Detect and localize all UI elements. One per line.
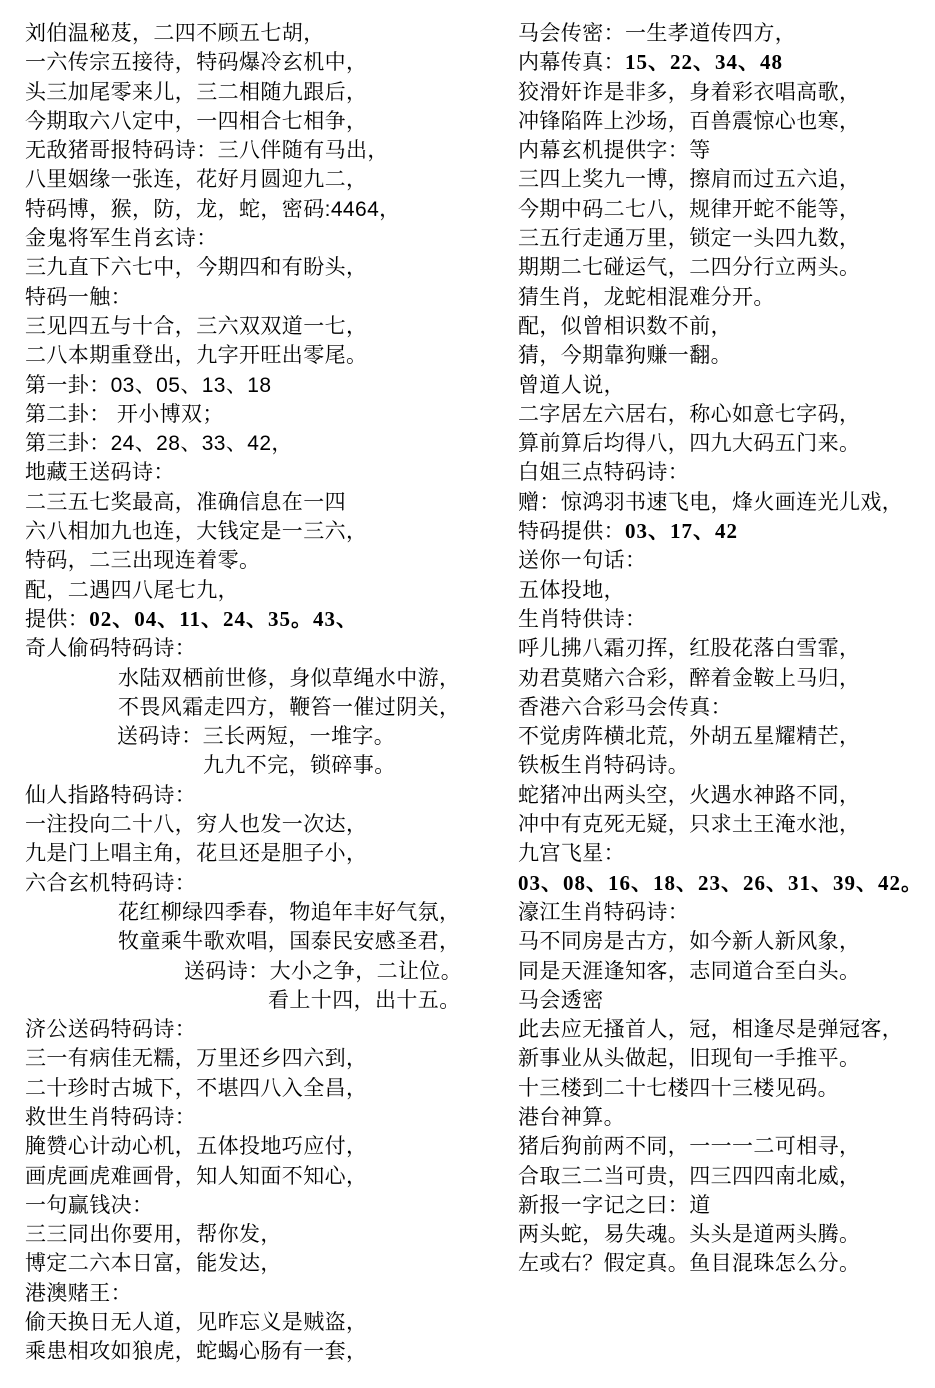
text-line: 算前算后均得八，四九大码五门来。 xyxy=(518,429,930,458)
text-line: 配，似曾相识数不前， xyxy=(518,312,930,341)
text-line: 一六传宗五接待，特码爆冷玄机中， xyxy=(25,48,510,77)
text-segment: 水陆双栖前世修，身似草绳水中游， xyxy=(118,667,460,690)
text-line: 偷天换日无人道，见昨忘义是贼盗， xyxy=(25,1308,510,1337)
text-line: 特码，二三出现连着零。 xyxy=(25,546,510,575)
text-segment: 第三卦：24、28、33、42， xyxy=(25,432,293,455)
text-segment: 送码诗：三长两短，一堆字。 xyxy=(117,725,395,748)
text-line: 三九直下六七中，今期四和有盼头， xyxy=(25,253,510,282)
text-segment: 算前算后均得八，四九大码五门来。 xyxy=(518,432,860,455)
text-segment: 香港六合彩马会传真： xyxy=(518,696,732,719)
text-line: 铁板生肖特码诗。 xyxy=(518,751,930,780)
text-line: 奇人偷码特码诗： xyxy=(25,634,510,663)
text-segment: 三四上奖九一博，擦肩而过五六追， xyxy=(518,168,860,191)
text-line: 三见四五与十合，三六双双道一七， xyxy=(25,312,510,341)
text-segment: 第一卦：03、05、13、18 xyxy=(25,374,271,397)
text-segment: 第二卦： 开小博双； xyxy=(25,403,224,426)
text-line: 第一卦：03、05、13、18 xyxy=(25,371,510,400)
text-segment: 同是天涯逢知客，志同道合至白头。 xyxy=(518,960,860,983)
text-segment: 配，似曾相识数不前， xyxy=(518,315,732,338)
text-line: 马不同房是古方，如今新人新风象， xyxy=(518,927,930,956)
text-segment: 蛇猪冲出两头空，火遇水神路不同， xyxy=(518,784,860,807)
text-line: 腌赞心计动心机，五体投地巧应付， xyxy=(25,1132,510,1161)
text-line: 配，二遇四八尾七九， xyxy=(25,576,510,605)
text-line: 呼儿拂八霜刃挥，红股花落白雪霏， xyxy=(518,634,930,663)
right-text-column: 马会传密：一生孝道传四方，内幕传真：15、22、34、48狡滑奸诈是非多，身着彩… xyxy=(518,19,930,1279)
text-line: 一句赢钱决： xyxy=(25,1191,510,1220)
text-segment: 金鬼将军生肖玄诗： xyxy=(25,227,218,250)
text-line: 一注投向二十八，穷人也发一次达， xyxy=(25,810,510,839)
text-segment: 合取三二当可贵，四三四四南北威， xyxy=(518,1165,860,1188)
text-line: 送码诗：三长两短，一堆字。 xyxy=(25,722,510,751)
text-segment: 送码诗：大小之争，二让位。 xyxy=(184,960,462,983)
text-segment: 两头蛇，易失魂。头头是道两头腾。 xyxy=(518,1223,860,1246)
text-line: 不畏风霜走四方，鞭笞一催过阴关， xyxy=(25,693,510,722)
text-line: 两头蛇，易失魂。头头是道两头腾。 xyxy=(518,1220,930,1249)
text-line: 特码一触： xyxy=(25,283,510,312)
text-segment: 乘患相攻如狼虎，蛇蝎心肠有一套， xyxy=(25,1340,367,1363)
text-segment: 博定二六本日富，能发达， xyxy=(25,1252,282,1275)
text-segment: 港台神算。 xyxy=(518,1106,625,1129)
text-line: 二十珍时古城下，不堪四八入全昌， xyxy=(25,1074,510,1103)
text-line: 六八相加九也连，大钱定是一三六， xyxy=(25,517,510,546)
text-segment: 猜生肖，龙蛇相混难分开。 xyxy=(518,286,775,309)
text-segment: 奇人偷码特码诗： xyxy=(25,637,196,660)
text-segment: 港澳赌王： xyxy=(25,1282,132,1305)
text-line: 十三楼到二十七楼四十三楼见码。 xyxy=(518,1074,930,1103)
text-line: 提供：02、04、11、24、35。43、 xyxy=(25,605,510,634)
text-line: 救世生肖特码诗： xyxy=(25,1103,510,1132)
text-line: 无敌猪哥报特码诗：三八伴随有马出， xyxy=(25,136,510,165)
text-segment: 一句赢钱决： xyxy=(25,1194,153,1217)
text-segment: 救世生肖特码诗： xyxy=(25,1106,196,1129)
text-line: 三三同出你要用，帮你发， xyxy=(25,1220,510,1249)
text-line: 白姐三点特码诗： xyxy=(518,458,930,487)
text-line: 水陆双栖前世修，身似草绳水中游， xyxy=(25,664,510,693)
text-segment: 花红柳绿四季春，物追年丰好气氛， xyxy=(118,901,460,924)
text-line: 马会透密 xyxy=(518,986,930,1015)
text-segment: 一注投向二十八，穷人也发一次达， xyxy=(25,813,367,836)
text-line: 九九不完，锁碎事。 xyxy=(25,751,510,780)
text-line: 第二卦： 开小博双； xyxy=(25,400,510,429)
text-segment: 十三楼到二十七楼四十三楼见码。 xyxy=(518,1077,839,1100)
text-line: 五体投地， xyxy=(518,576,930,605)
text-line: 八里姻缘一张连，花好月圆迎九二， xyxy=(25,165,510,194)
text-segment: 九宫飞星： xyxy=(518,842,625,865)
text-segment: 腌赞心计动心机，五体投地巧应付， xyxy=(25,1135,367,1158)
text-segment: 冲锋陷阵上沙场，百兽震惊心也寒， xyxy=(518,110,860,133)
number-sequence: 03、08、16、18、23、26、31、39、42。 xyxy=(518,871,923,895)
text-segment: 三三同出你要用，帮你发， xyxy=(25,1223,282,1246)
text-line: 劝君莫赌六合彩，醉着金鞍上马归， xyxy=(518,664,930,693)
text-segment: 此去应无搔首人，冠，相逢尽是弹冠客， xyxy=(518,1018,903,1041)
text-segment: 特码博，猴，防，龙，蛇，密码:4464， xyxy=(25,198,401,221)
text-line: 三一有病佳无糯，万里还乡四六到， xyxy=(25,1044,510,1073)
text-segment: 看上十四，出十五。 xyxy=(268,989,461,1012)
text-segment: 曾道人说， xyxy=(518,374,625,397)
text-line: 赠：惊鸿羽书速飞电，烽火画连光儿戏， xyxy=(518,488,930,517)
text-line: 牧童乘牛歌欢唱，国泰民安感圣君， xyxy=(25,927,510,956)
text-line: 濠江生肖特码诗： xyxy=(518,898,930,927)
text-line: 蛇猪冲出两头空，火遇水神路不同， xyxy=(518,781,930,810)
text-line: 香港六合彩马会传真： xyxy=(518,693,930,722)
text-line: 乘患相攻如狼虎，蛇蝎心肠有一套， xyxy=(25,1337,510,1366)
text-line: 第三卦：24、28、33、42， xyxy=(25,429,510,458)
text-segment: 二字居左六居右，称心如意七字码， xyxy=(518,403,860,426)
text-line: 头三加尾零来儿，三二相随九跟后， xyxy=(25,78,510,107)
text-segment: 赠：惊鸿羽书速飞电，烽火画连光儿戏， xyxy=(518,491,903,514)
text-line: 看上十四，出十五。 xyxy=(25,986,510,1015)
text-line: 此去应无搔首人，冠，相逢尽是弹冠客， xyxy=(518,1015,930,1044)
text-line: 合取三二当可贵，四三四四南北威， xyxy=(518,1162,930,1191)
text-segment: 送你一句话： xyxy=(518,549,646,572)
text-segment: 牧童乘牛歌欢唱，国泰民安感圣君， xyxy=(118,930,460,953)
text-line: 刘伯温秘芨，二四不顾五七胡， xyxy=(25,19,510,48)
text-line: 冲锋陷阵上沙场，百兽震惊心也寒， xyxy=(518,107,930,136)
text-segment: 新报一字记之曰：道 xyxy=(518,1194,711,1217)
text-segment: 马不同房是古方，如今新人新风象， xyxy=(518,930,860,953)
text-segment: 地藏王送码诗： xyxy=(25,461,175,484)
text-line: 03、08、16、18、23、26、31、39、42。 xyxy=(518,869,930,898)
text-segment: 二八本期重登出，九字开旺出零尾。 xyxy=(25,344,367,367)
text-line: 二三五七奖最高，准确信息在一四 xyxy=(25,488,510,517)
text-line: 猜生肖，龙蛇相混难分开。 xyxy=(518,283,930,312)
text-segment: 白姐三点特码诗： xyxy=(518,461,689,484)
text-segment: 冲中有克死无疑，只求土王淹水池， xyxy=(518,813,860,836)
text-segment: 内幕玄机提供字：等 xyxy=(518,139,711,162)
text-line: 地藏王送码诗： xyxy=(25,458,510,487)
text-line: 猜，今期靠狗赚一翻。 xyxy=(518,341,930,370)
text-line: 左或右？假定真。鱼目混珠怎么分。 xyxy=(518,1249,930,1278)
text-segment: 二十珍时古城下，不堪四八入全昌， xyxy=(25,1077,367,1100)
text-segment: 头三加尾零来儿，三二相随九跟后， xyxy=(25,81,367,104)
text-segment: 二三五七奖最高，准确信息在一四 xyxy=(25,491,346,514)
text-line: 新报一字记之曰：道 xyxy=(518,1191,930,1220)
text-segment: 新事业从头做起，旧现旬一手推平。 xyxy=(518,1047,860,1070)
text-segment: 配，二遇四八尾七九， xyxy=(25,579,239,602)
text-line: 狡滑奸诈是非多，身着彩衣唱高歌， xyxy=(518,78,930,107)
text-line: 二字居左六居右，称心如意七字码， xyxy=(518,400,930,429)
text-segment: 马会透密 xyxy=(518,989,604,1012)
text-line: 内幕玄机提供字：等 xyxy=(518,136,930,165)
text-line: 画虎画虎难画骨，知人知面不知心， xyxy=(25,1162,510,1191)
text-line: 九宫飞星： xyxy=(518,839,930,868)
text-segment: 猜，今期靠狗赚一翻。 xyxy=(518,344,732,367)
document-page: 刘伯温秘芨，二四不顾五七胡，一六传宗五接待，特码爆冷玄机中，头三加尾零来儿，三二… xyxy=(0,0,935,1388)
text-line: 今期中码二七八，规律开蛇不能等， xyxy=(518,195,930,224)
number-sequence: 15、22、34、48 xyxy=(625,50,783,74)
text-segment: 呼儿拂八霜刃挥，红股花落白雪霏， xyxy=(518,637,860,660)
text-line: 内幕传真：15、22、34、48 xyxy=(518,48,930,77)
text-line: 花红柳绿四季春，物追年丰好气氛， xyxy=(25,898,510,927)
text-line: 马会传密：一生孝道传四方， xyxy=(518,19,930,48)
text-line: 三五行走通万里，锁定一头四九数， xyxy=(518,224,930,253)
text-line: 送你一句话： xyxy=(518,546,930,575)
text-line: 九是门上唱主角，花旦还是胆子小， xyxy=(25,839,510,868)
text-line: 冲中有克死无疑，只求土王淹水池， xyxy=(518,810,930,839)
text-line: 三四上奖九一博，擦肩而过五六追， xyxy=(518,165,930,194)
text-segment: 三九直下六七中，今期四和有盼头， xyxy=(25,256,367,279)
text-segment: 一六传宗五接待，特码爆冷玄机中， xyxy=(25,51,367,74)
text-line: 金鬼将军生肖玄诗： xyxy=(25,224,510,253)
text-line: 仙人指路特码诗： xyxy=(25,781,510,810)
text-segment: 六合玄机特码诗： xyxy=(25,872,196,895)
text-segment: 济公送码特码诗： xyxy=(25,1018,196,1041)
text-segment: 三一有病佳无糯，万里还乡四六到， xyxy=(25,1047,367,1070)
text-segment: 提供： xyxy=(25,608,89,631)
text-segment: 特码提供： xyxy=(518,520,625,543)
text-segment: 五体投地， xyxy=(518,579,625,602)
text-segment: 八里姻缘一张连，花好月圆迎九二， xyxy=(25,168,367,191)
left-text-column: 刘伯温秘芨，二四不顾五七胡，一六传宗五接待，特码爆冷玄机中，头三加尾零来儿，三二… xyxy=(25,19,510,1367)
text-segment: 九九不完，锁碎事。 xyxy=(203,754,396,777)
text-segment: 铁板生肖特码诗。 xyxy=(518,754,689,777)
text-segment: 左或右？假定真。鱼目混珠怎么分。 xyxy=(518,1252,860,1275)
text-line: 港澳赌王： xyxy=(25,1279,510,1308)
number-sequence: 03、17、42 xyxy=(625,519,738,543)
text-segment: 特码，二三出现连着零。 xyxy=(25,549,260,572)
text-segment: 六八相加九也连，大钱定是一三六， xyxy=(25,520,367,543)
text-segment: 九是门上唱主角，花旦还是胆子小， xyxy=(25,842,367,865)
text-line: 济公送码特码诗： xyxy=(25,1015,510,1044)
text-segment: 不觉虏阵横北荒，外胡五星耀精芒， xyxy=(518,725,860,748)
number-sequence: 02、04、11、24、35。43、 xyxy=(89,607,358,631)
text-segment: 马会传密：一生孝道传四方， xyxy=(518,22,796,45)
text-segment: 今期取六八定中，一四相合七相争， xyxy=(25,110,367,133)
text-line: 送码诗：大小之争，二让位。 xyxy=(25,957,510,986)
text-line: 港台神算。 xyxy=(518,1103,930,1132)
text-segment: 生肖特供诗： xyxy=(518,608,646,631)
text-segment: 三见四五与十合，三六双双道一七， xyxy=(25,315,367,338)
text-line: 猪后狗前两不同，一一一二可相寻， xyxy=(518,1132,930,1161)
text-segment: 内幕传真： xyxy=(518,51,625,74)
text-line: 新事业从头做起，旧现旬一手推平。 xyxy=(518,1044,930,1073)
text-segment: 期期二七碰运气，二四分行立两头。 xyxy=(518,256,860,279)
text-line: 特码博，猴，防，龙，蛇，密码:4464， xyxy=(25,195,510,224)
text-segment: 无敌猪哥报特码诗：三八伴随有马出， xyxy=(25,139,389,162)
text-segment: 三五行走通万里，锁定一头四九数， xyxy=(518,227,860,250)
text-segment: 濠江生肖特码诗： xyxy=(518,901,689,924)
text-segment: 仙人指路特码诗： xyxy=(25,784,196,807)
text-line: 生肖特供诗： xyxy=(518,605,930,634)
text-line: 特码提供：03、17、42 xyxy=(518,517,930,546)
text-line: 博定二六本日富，能发达， xyxy=(25,1249,510,1278)
text-segment: 刘伯温秘芨，二四不顾五七胡， xyxy=(25,22,325,45)
text-line: 二八本期重登出，九字开旺出零尾。 xyxy=(25,341,510,370)
text-line: 六合玄机特码诗： xyxy=(25,869,510,898)
text-line: 期期二七碰运气，二四分行立两头。 xyxy=(518,253,930,282)
text-line: 同是天涯逢知客，志同道合至白头。 xyxy=(518,957,930,986)
text-segment: 劝君莫赌六合彩，醉着金鞍上马归， xyxy=(518,667,860,690)
text-segment: 狡滑奸诈是非多，身着彩衣唱高歌， xyxy=(518,81,860,104)
text-line: 不觉虏阵横北荒，外胡五星耀精芒， xyxy=(518,722,930,751)
text-line: 曾道人说， xyxy=(518,371,930,400)
text-segment: 不畏风霜走四方，鞭笞一催过阴关， xyxy=(118,696,460,719)
text-segment: 猪后狗前两不同，一一一二可相寻， xyxy=(518,1135,860,1158)
text-line: 今期取六八定中，一四相合七相争， xyxy=(25,107,510,136)
text-segment: 特码一触： xyxy=(25,286,132,309)
text-segment: 偷天换日无人道，见昨忘义是贼盗， xyxy=(25,1311,367,1334)
text-segment: 今期中码二七八，规律开蛇不能等， xyxy=(518,198,860,221)
text-segment: 画虎画虎难画骨，知人知面不知心， xyxy=(25,1165,367,1188)
